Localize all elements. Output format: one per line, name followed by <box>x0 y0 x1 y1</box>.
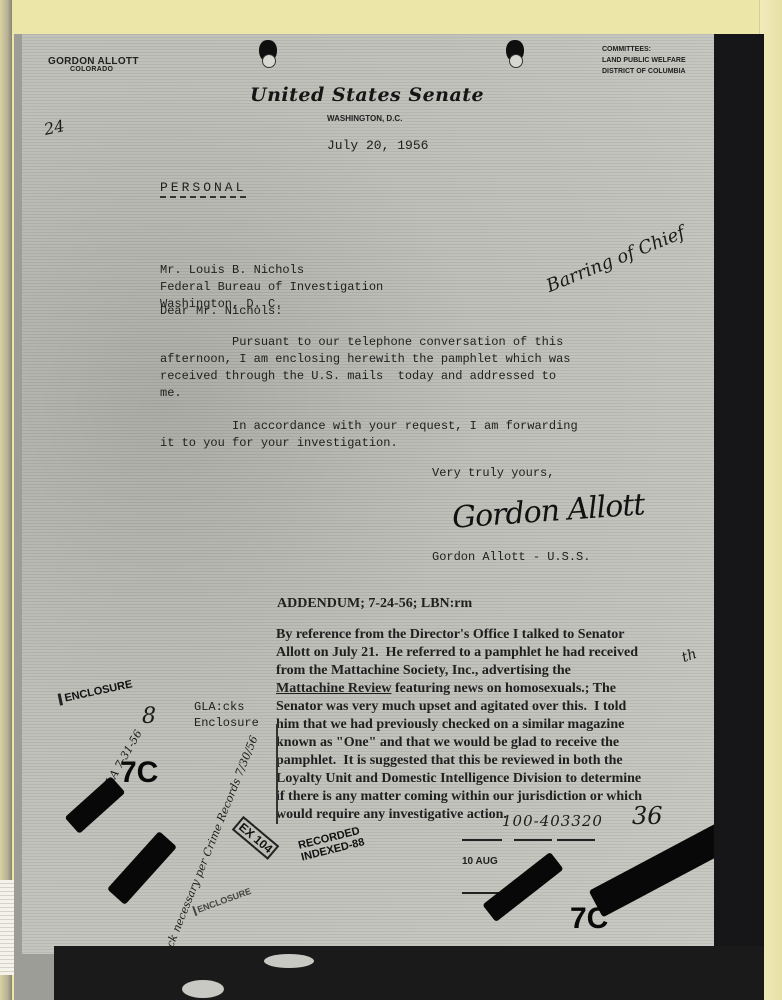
letter-paper: GORDON ALLOTT COLORADO COMMITTEES: LAND … <box>22 34 718 954</box>
recipient-name: Mr. Louis B. Nichols <box>160 262 383 279</box>
addendum-line-text: featuring news on homosexuals.; The <box>391 681 616 696</box>
addendum-line: if there is any matter coming within our… <box>276 788 642 806</box>
letter-date: July 20, 1956 <box>327 138 428 153</box>
letterhead-location: WASHINGTON, D.C. <box>327 114 402 123</box>
committee-item: DISTRICT OF COLUMBIA <box>602 66 686 77</box>
committee-item: LAND PUBLIC WELFARE <box>602 55 686 66</box>
redaction-bar <box>65 776 126 834</box>
enclosure-note: Enclosure <box>194 715 259 731</box>
addendum-line: pamphlet. It is suggested that this be r… <box>276 752 642 770</box>
addendum-line: known as "One" and that we would be glad… <box>276 734 642 752</box>
salutation: Dear Mr. Nichols: <box>160 304 282 318</box>
exemption-code: 7C <box>120 756 158 790</box>
handwritten-signature: Gordon Allott <box>451 487 646 535</box>
letterhead-sender: GORDON ALLOTT COLORADO <box>48 56 139 73</box>
letter-paragraph-1: Pursuant to our telephone conversation o… <box>160 334 570 402</box>
addendum-line: By reference from the Director's Office … <box>276 626 642 644</box>
folder-edge-left <box>0 0 12 1000</box>
scan-artifact <box>264 954 314 968</box>
personal-marking: PERSONAL <box>160 180 246 198</box>
recorded-indexed-stamp: RECORDED INDEXED-88 <box>297 825 366 864</box>
scan-dark-edge <box>714 34 764 1000</box>
addendum-line: from the Mattachine Society, Inc., adver… <box>276 662 642 680</box>
handwritten-initials: th <box>680 646 699 666</box>
addendum-heading: ADDENDUM; 7-24-56; LBN:rm <box>277 596 472 612</box>
scan-artifact <box>182 980 224 998</box>
typist-initials: GLA:cks Enclosure <box>194 699 259 731</box>
margin-bracket <box>276 724 278 824</box>
addendum-line: Mattachine Review featuring news on homo… <box>276 680 642 698</box>
letter-closing: Very truly yours, <box>432 466 554 480</box>
punch-hole-icon <box>506 40 524 62</box>
recipient-org: Federal Bureau of Investigation <box>160 279 383 296</box>
stamp-rule <box>514 839 552 841</box>
letter-paragraph-2: In accordance with your request, I am fo… <box>160 418 578 452</box>
initials-text: GLA:cks <box>194 699 259 715</box>
addendum-line: Senator was very much upset and agitated… <box>276 698 642 716</box>
publication-title: Mattachine Review <box>276 681 391 696</box>
file-number: 100-403320 <box>502 812 603 830</box>
handwritten-routing-note: Barring of Chief <box>543 222 688 297</box>
date-received-stamp: 10 AUG <box>462 856 498 867</box>
addendum-line: Loyalty Unit and Domestic Intelligence D… <box>276 770 642 788</box>
addendum-line: him that we had previously checked on a … <box>276 716 642 734</box>
scanned-document: GORDON ALLOTT COLORADO COMMITTEES: LAND … <box>14 34 764 1000</box>
committees-label: COMMITTEES: <box>602 44 686 55</box>
letterhead-title: United States Senate <box>250 84 484 106</box>
addendum-body: By reference from the Director's Office … <box>276 626 642 824</box>
punch-hole-icon <box>259 40 277 62</box>
handwritten-tally: 8 <box>142 704 156 729</box>
scan-dark-bottom <box>54 946 764 1000</box>
enclosure-stamp: ENCLOSURE <box>192 886 252 916</box>
addendum-line: Allott on July 21. He referred to a pamp… <box>276 644 642 662</box>
ex-stamp: EX 104 <box>232 816 280 860</box>
stamp-rule <box>462 839 502 841</box>
handwritten-number: 24 <box>42 116 66 139</box>
letterhead-committees: COMMITTEES: LAND PUBLIC WELFARE DISTRICT… <box>602 44 686 77</box>
signer-name: Gordon Allott - U.S.S. <box>432 550 590 564</box>
stamp-rule <box>557 839 595 841</box>
sender-state: COLORADO <box>70 66 139 73</box>
enclosure-stamp: ENCLOSURE <box>58 678 134 705</box>
exemption-code: 7C <box>570 902 608 936</box>
serial-number: 36 <box>632 802 663 830</box>
redaction-bar <box>107 831 177 905</box>
